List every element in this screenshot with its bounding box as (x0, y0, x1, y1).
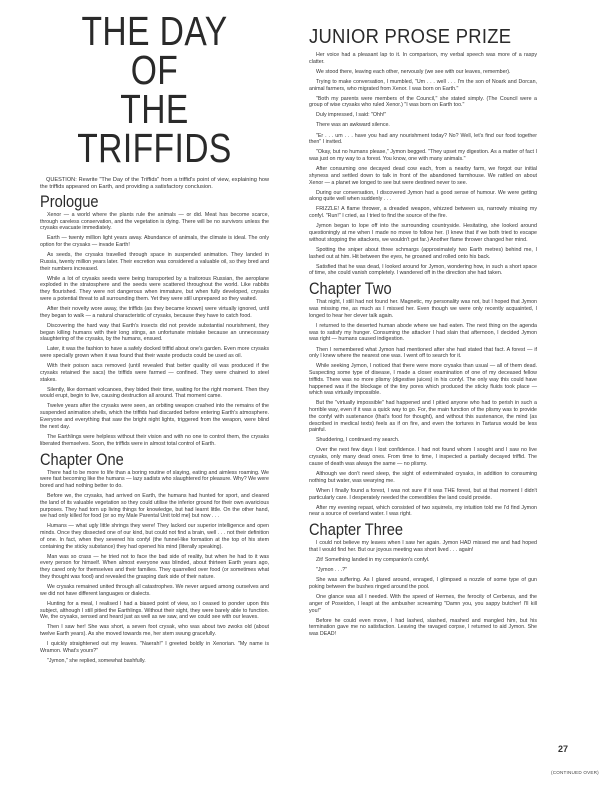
paragraph: I quickly straightened out my leaves. "N… (40, 641, 269, 655)
paragraph: Jymon began to lope off into the surroun… (309, 223, 537, 243)
paragraph: "Okay, but no humans please," Jymon begg… (309, 149, 537, 163)
paragraph: Before we, the crysaks, had arrived on E… (40, 493, 269, 520)
chapter-three-heading: Chapter Three (309, 521, 505, 538)
paragraph: There was an awkward silence. (309, 122, 537, 129)
story-title: THE DAY OF THE TRIFFIDS (61, 0, 249, 168)
paragraph: The Earthlings were helpless without the… (40, 434, 269, 448)
paragraph: We crysaks remained united through all c… (40, 584, 269, 598)
chapter-one-heading: Chapter One (40, 451, 237, 468)
title-line-2: THE TRIFFIDS (77, 86, 232, 171)
paragraph: While a lot of crysaks seeds were being … (40, 276, 269, 303)
question-prompt: QUESTION: Rewrite "The Day of the Triffi… (40, 177, 269, 191)
paragraph: After consuming one decayed dead cow eac… (309, 166, 537, 186)
chapter-two-section: That night, I still had not found her. M… (309, 299, 537, 518)
paragraph: Shuddering, I continued my search. (309, 437, 537, 444)
paragraph: Hunting for a meal, I realised I had a b… (40, 601, 269, 621)
paragraph: She was suffering. As I glared around, e… (309, 577, 537, 591)
paragraph: Satisfied that he was dead, I looked aro… (309, 264, 537, 278)
paragraph: There had to be more to life than a bori… (40, 470, 269, 490)
title-line-1: THE DAY OF (81, 8, 227, 93)
paragraph: FRIZZLE! A flame thrower, a dreaded weap… (309, 206, 537, 220)
paragraph: Humans — what ugly little shrings they w… (40, 523, 269, 550)
paragraph: After my evening repast, which consisted… (309, 505, 537, 519)
paragraph: Man was so crass — he tried not to face … (40, 554, 269, 581)
paragraph: Before he could even move, I had lashed,… (309, 618, 537, 638)
paragraph: Twelve years after the crysaks were seen… (40, 403, 269, 430)
prologue-heading: Prologue (40, 193, 237, 210)
paragraph: During our conversation, I discovered Jy… (309, 190, 537, 204)
paragraph: Spotting the sniper about three schmargs… (309, 247, 537, 261)
paragraph: I could not believe my leaves when I saw… (309, 540, 537, 554)
paragraph: Discovering the hard way that Earth's in… (40, 323, 269, 343)
paragraph: Zit! Something landed in my companion's … (309, 557, 537, 564)
paragraph: "Er . . . um . . . have you had any nour… (309, 133, 537, 147)
paragraph: "Both my parents were members of the Cou… (309, 96, 537, 110)
paragraph: Duly impressed, I said: "Ohh!" (309, 112, 537, 119)
chapter-two-heading: Chapter Two (309, 280, 505, 297)
paragraph: Her voice had a pleasant lap to it. In c… (309, 52, 537, 66)
paragraph: Over the next few days I lost confidence… (309, 447, 537, 467)
magazine-page: THE DAY OF THE TRIFFIDS QUESTION: Rewrit… (0, 0, 606, 800)
paragraph: "Jymon," she replied, somewhat bashfully… (40, 658, 269, 665)
paragraph: When I finally found a forest, I was not… (309, 488, 537, 502)
paragraph: With their poison sacs removed (until re… (40, 363, 269, 383)
paragraph: One glance was all I needed. With the sp… (309, 594, 537, 614)
paragraph: While seeking Jymon, I noticed that ther… (309, 363, 537, 397)
paragraph: Later, it was the fashion to have a safe… (40, 346, 269, 360)
paragraph: We stood there, leaving each other, nerv… (309, 69, 537, 76)
paragraph: Trying to make conversation, I mumbled, … (309, 79, 537, 93)
prologue-section: Xenor — a world where the plants rule th… (40, 212, 269, 447)
right-column: JUNIOR PROSE PRIZE Her voice had a pleas… (309, 0, 537, 641)
paragraph: But the "virtually impossible" had happe… (309, 400, 537, 434)
paragraph: That night, I still had not found her. M… (309, 299, 537, 319)
paragraph: Then I saw her! She was short, a seven f… (40, 624, 269, 638)
section-banner: JUNIOR PROSE PRIZE (309, 0, 519, 52)
page-number: 27 (558, 744, 568, 754)
paragraph: "Jymon . . .?" (309, 567, 537, 574)
chapter-three-section: I could not believe my leaves when I saw… (309, 540, 537, 637)
paragraph: Silently, like dormant volcanoes, they b… (40, 387, 269, 401)
paragraph: Earth — twenty million light years away.… (40, 235, 269, 249)
left-column: THE DAY OF THE TRIFFIDS QUESTION: Rewrit… (40, 0, 269, 668)
paragraph: As seeds, the crysaks travelled through … (40, 252, 269, 272)
paragraph: Although we don't need sleep, the sight … (309, 471, 537, 485)
paragraph: After their novelty wore away, the triff… (40, 306, 269, 320)
paragraph: Then I remembered what Jymon had mention… (309, 347, 537, 361)
continued-over-label: (CONTINUED OVER) (551, 770, 599, 775)
paragraph: Xenor — a world where the plants rule th… (40, 212, 269, 232)
chapter-one-continued: Her voice had a pleasant lap to it. In c… (309, 52, 537, 277)
paragraph: I returned to the deserted human abode w… (309, 323, 537, 343)
chapter-one-section: There had to be more to life than a bori… (40, 470, 269, 665)
